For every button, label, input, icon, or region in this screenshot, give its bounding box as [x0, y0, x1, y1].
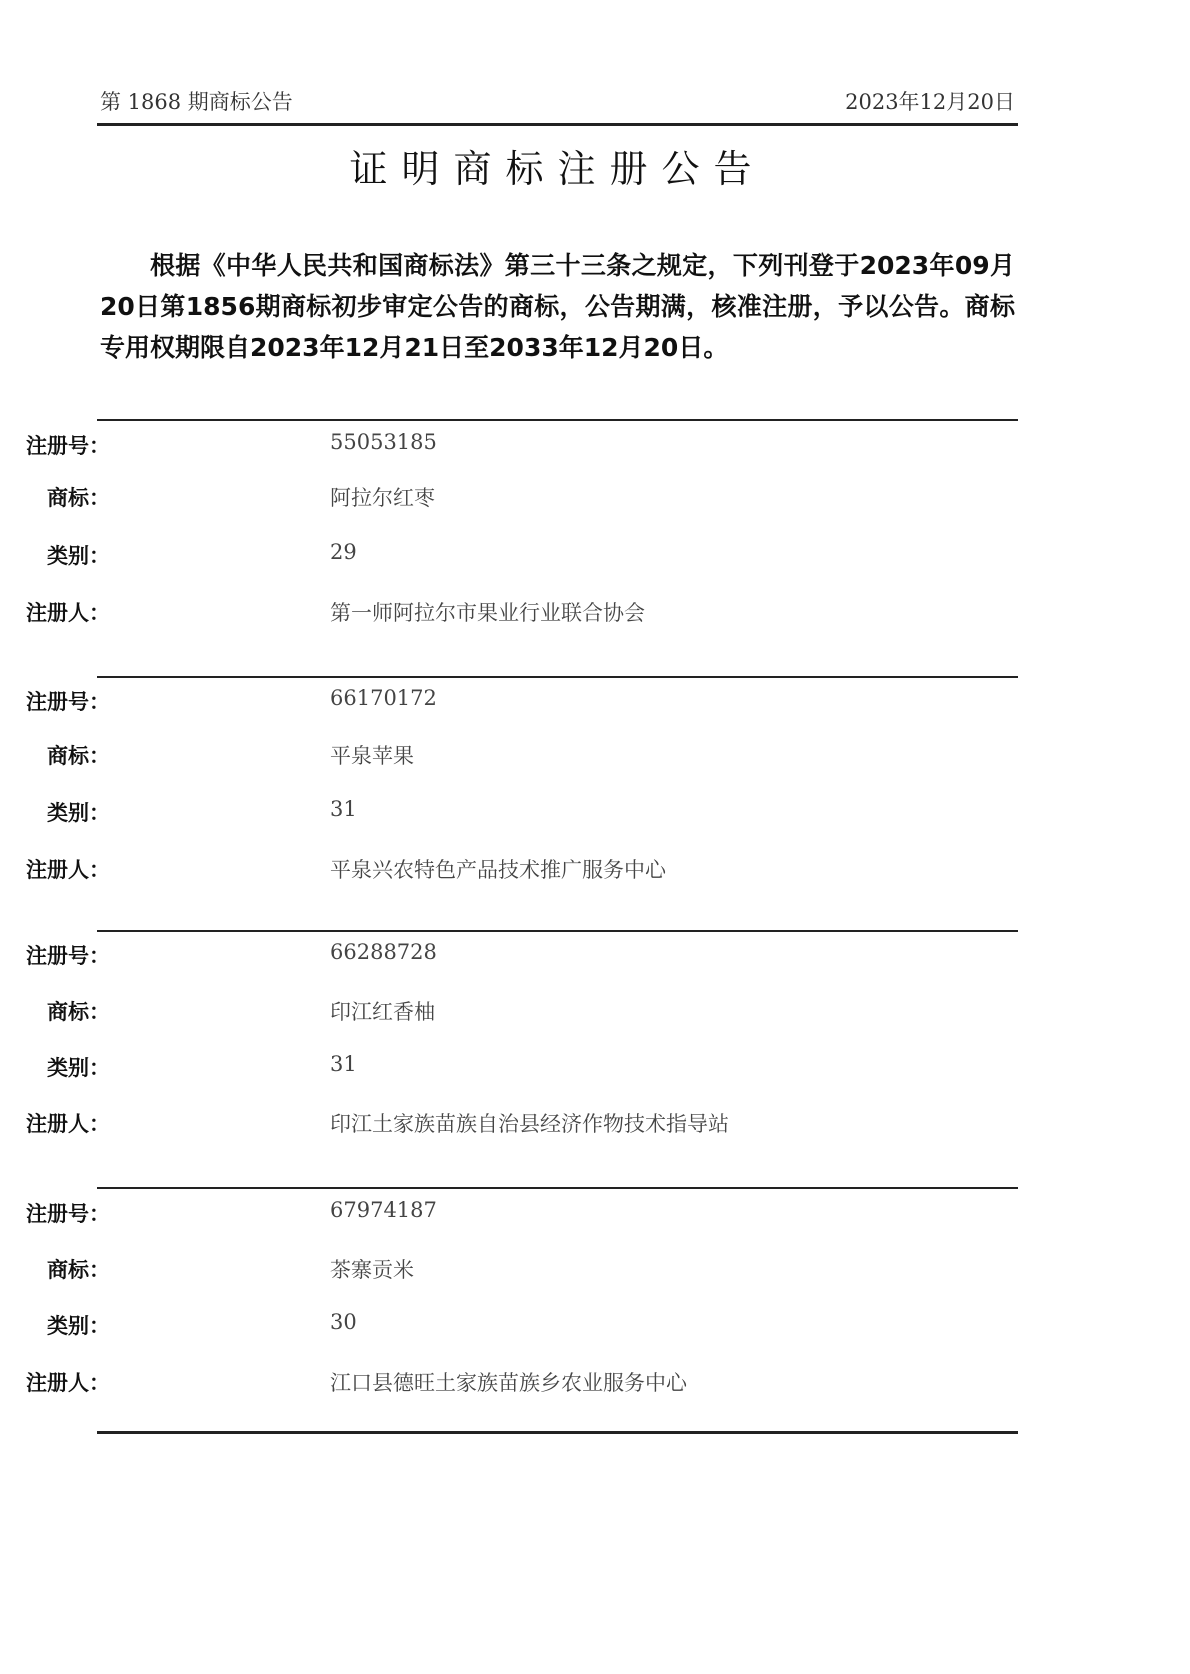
reg-no-label: 注册号：: [26, 940, 110, 970]
registrant-label: 注册人：: [26, 1108, 110, 1138]
registrant-value: 平泉兴农特色产品技术推广服务中心: [330, 854, 666, 884]
reg-no-value: 66288728: [330, 940, 437, 964]
registrant-value: 印江土家族苗族自治县经济作物技术指导站: [330, 1108, 729, 1138]
class-value: 31: [330, 797, 357, 821]
class-value: 30: [330, 1310, 357, 1334]
registrant-label: 注册人：: [26, 854, 110, 884]
reg-no-label: 注册号：: [26, 1198, 110, 1228]
reg-no-label: 注册号：: [26, 430, 110, 460]
page-title: 证明商标注册公告: [0, 138, 1115, 193]
mark-value: 茶寨贡米: [330, 1254, 414, 1284]
class-value: 31: [330, 1052, 357, 1076]
entry-divider: [97, 676, 1018, 678]
class-label: 类别：: [47, 1052, 110, 1082]
class-label: 类别：: [47, 1310, 110, 1340]
registrant-label: 注册人：: [26, 1367, 110, 1397]
registrant-value: 第一师阿拉尔市果业行业联合协会: [330, 597, 645, 627]
class-value: 29: [330, 540, 357, 564]
reg-no-value: 55053185: [330, 430, 437, 454]
publication-date: 2023年12月20日: [845, 86, 1015, 116]
class-label: 类别：: [47, 540, 110, 570]
mark-label: 商标：: [47, 996, 110, 1026]
issue-number: 第 1868 期商标公告: [100, 86, 293, 116]
mark-label: 商标：: [47, 1254, 110, 1284]
registrant-value: 江口县德旺土家族苗族乡农业服务中心: [330, 1367, 687, 1397]
mark-value: 阿拉尔红枣: [330, 482, 435, 512]
class-label: 类别：: [47, 797, 110, 827]
entry-divider: [97, 1187, 1018, 1189]
intro-paragraph: 根据《中华人民共和国商标法》第三十三条之规定，下列刊登于2023年09月20日第…: [100, 245, 1015, 368]
header-rule: [97, 123, 1018, 126]
mark-label: 商标：: [47, 740, 110, 770]
registrant-label: 注册人：: [26, 597, 110, 627]
reg-no-value: 67974187: [330, 1198, 437, 1222]
entry-divider: [97, 419, 1018, 421]
reg-no-value: 66170172: [330, 686, 437, 710]
entry-divider: [97, 930, 1018, 932]
footer-rule: [97, 1431, 1018, 1434]
mark-value: 平泉苹果: [330, 740, 414, 770]
mark-label: 商标：: [47, 482, 110, 512]
mark-value: 印江红香柚: [330, 996, 435, 1026]
reg-no-label: 注册号：: [26, 686, 110, 716]
